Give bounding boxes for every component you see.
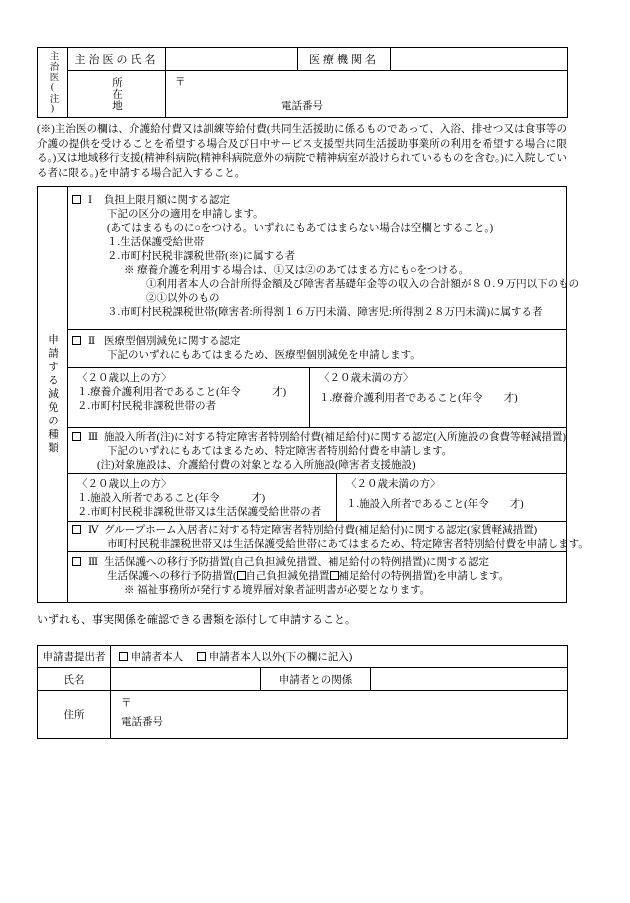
section-1-title: 負担上限月額に関する認定: [104, 195, 230, 206]
applicant-other-checkbox[interactable]: [197, 652, 206, 661]
applicant-self-label: 申請者本人: [131, 652, 184, 663]
exemption-side-label: 申請する減免の種類: [45, 334, 60, 456]
section-5-title: 生活保護への移行予防措置(自己負担減免措置、補足給付の特例措置)に関する認定: [104, 557, 489, 568]
exemption-side-label-cell: 申請する減免の種類: [38, 187, 68, 602]
section-3-title: 施設入所者(注)に対する特定障害者特別給付費(補足給付)に関する認定(入所施設の…: [104, 432, 566, 443]
section-1-numeral: Ⅰ: [88, 194, 104, 208]
self-pay-reduction-label: 自己負担減免措置: [246, 571, 330, 582]
submitter-options-cell: 申請者本人 申請者本人以外(下の欄に記入): [111, 646, 568, 668]
section-3-line: 下記のいずれにもあてはまるため、特定障害者特別給付費を申請します。: [68, 445, 566, 459]
submitter-address-label: 住所: [38, 691, 111, 739]
section-1-note: ※ 療養介護を利用する場合は、①又は②のあてはまる方にも○をつける。: [68, 264, 566, 278]
section-3-under20-cell: 〈２０歳未満の方〉 １.施設入所者であること(年令 才): [337, 474, 566, 521]
over20-item-2: ２.市町村民税非課税世帯又は生活保護受給世帯の者: [77, 506, 336, 520]
section-5-line: 生活保護への移行予防措置(自己負担減免措置補足給付の特例措置)を申請します。: [68, 570, 566, 584]
over20-item-2: ２.市町村民税非課税世帯の者: [77, 400, 309, 414]
over20-heading: 〈２０歳以上の方〉: [77, 478, 336, 492]
section-2-numeral: Ⅱ: [88, 335, 104, 349]
postal-mark: 〒: [121, 694, 567, 713]
section-1: Ⅰ負担上限月額に関する認定 下記の区分の適用を申請します。 (あてはまるものに○…: [68, 187, 566, 329]
section-2-checkbox[interactable]: [72, 336, 81, 345]
over20-item-1: １.施設入所者であること(年令 才): [77, 492, 336, 506]
section-4-line: 市町村民税非課税世帯又は生活保護受給世帯にあてはまるため、特定障害者特別給付費を…: [68, 538, 566, 552]
submitter-label: 申請書提出者: [38, 646, 111, 668]
attachment-note: いずれも、事実関係を確認できる書類を添付して申請すること。: [37, 611, 567, 627]
section-1-option-3: ３.市町村民税課税世帯(障害者:所得割１６万円未満、障害児:所得割２８万円未満)…: [68, 306, 566, 320]
section-2: Ⅱ医療型個別減免に関する認定 下記のいずれにもあてはまるため、医療型個別減免を申…: [68, 329, 566, 367]
section-3: Ⅲ施設入所者(注)に対する特定障害者特別給付費(補足給付)に関する認定(入所施設…: [68, 427, 566, 473]
section-5-numeral: Ⅲ: [88, 556, 104, 570]
under20-heading: 〈２０歳未満の方〉: [346, 478, 566, 492]
section-4-title: グループホーム入居者に対する特定障害者特別給付費(補足給付)に関する認定(家賃軽…: [104, 525, 537, 536]
under20-item-1: １.施設入所者であること(年令 才): [346, 498, 566, 512]
submitter-phone-label: 電話番号: [121, 713, 567, 732]
under20-item-1: １.療養介護利用者であること(年令 才): [319, 392, 566, 406]
section-3-numeral: Ⅲ: [88, 431, 104, 445]
doctor-phone-label: 電話番号: [281, 98, 323, 113]
section-2-title: 医療型個別減免に関する認定: [104, 336, 241, 347]
section-5-sub-pre: 生活保護への移行予防措置(: [107, 571, 237, 582]
medical-org-field[interactable]: [391, 48, 568, 71]
section-1-line: (あてはまるものに○をつける。いずれにもあてはまらない場合は空欄とすること。): [68, 222, 566, 236]
exemption-table: 申請する減免の種類 Ⅰ負担上限月額に関する認定 下記の区分の適用を申請します。 …: [37, 186, 567, 603]
section-5: Ⅲ生活保護への移行予防措置(自己負担減免措置、補足給付の特例措置)に関する認定 …: [68, 551, 566, 602]
postal-mark: 〒: [175, 74, 186, 89]
section-5-sub-post: )を申請します。: [433, 571, 509, 582]
section-1-option-1: １.生活保護受給世帯: [68, 236, 566, 250]
section-1-subitem-2: ②①以外のもの: [68, 292, 566, 306]
doctor-name-label: 主治医の氏名: [68, 48, 166, 71]
section-1-option-2: ２.市町村民税非課税世帯(※)に属する者: [68, 250, 566, 264]
section-1-subitem-1: ①利用者本人の合計所得金額及び障害者基礎年金等の収入の合計額が８０.９万円以下の…: [68, 278, 566, 292]
over20-item-1: １.療養介護利用者であること(年令 才): [77, 386, 309, 400]
section-1-line: 下記の区分の適用を申請します。: [68, 208, 566, 222]
doctor-address-field[interactable]: 〒 電話番号: [166, 71, 568, 118]
relation-label: 申請者との関係: [261, 668, 371, 691]
section-2-under20-cell: 〈２０歳未満の方〉 １.療養介護利用者であること(年令 才): [310, 368, 566, 427]
doctor-side-label-cell: 主治医(注): [38, 48, 68, 118]
applicant-self-checkbox[interactable]: [119, 652, 128, 661]
submitter-name-field[interactable]: [111, 668, 261, 691]
over20-heading: 〈２０歳以上の方〉: [77, 372, 309, 386]
section-3-note: (注)対象施設は、介護給付費の対象となる入所施設(障害者支援施設): [68, 459, 566, 473]
self-pay-reduction-checkbox[interactable]: [237, 571, 246, 580]
section-4-checkbox[interactable]: [72, 525, 81, 534]
submitter-table: 申請書提出者 申請者本人 申請者本人以外(下の欄に記入) 氏名 申請者との関係 …: [37, 645, 568, 739]
section-2-over20-cell: 〈２０歳以上の方〉 １.療養介護利用者であること(年令 才) ２.市町村民税非課…: [68, 368, 310, 427]
doctor-note: (※)主治医の欄は、介護給付費又は訓練等給付費(共同生活援助に係るものであって、…: [37, 123, 567, 181]
section-2-columns: 〈２０歳以上の方〉 １.療養介護利用者であること(年令 才) ２.市町村民税非課…: [68, 367, 566, 427]
section-2-line: 下記のいずれにもあてはまるため、医療型個別減免を申請します。: [68, 349, 566, 363]
section-3-checkbox[interactable]: [72, 432, 81, 441]
doctor-side-label: 主治医(注): [46, 51, 60, 115]
section-4-numeral: Ⅳ: [88, 524, 104, 538]
supplemental-benefit-checkbox[interactable]: [330, 571, 339, 580]
section-1-checkbox[interactable]: [72, 195, 81, 204]
section-3-columns: 〈２０歳以上の方〉 １.施設入所者であること(年令 才) ２.市町村民税非課税世…: [68, 473, 566, 521]
submitter-name-label: 氏名: [38, 668, 111, 691]
relation-field[interactable]: [371, 668, 568, 691]
supplemental-benefit-label: 補足給付の特例措置: [339, 571, 434, 582]
doctor-name-field[interactable]: [166, 48, 298, 71]
form-page: 主治医(注) 主治医の氏名 医療機関名 所在地 〒 電話番号 (※)主治医の欄は…: [0, 0, 567, 739]
section-3-over20-cell: 〈２０歳以上の方〉 １.施設入所者であること(年令 才) ２.市町村民税非課税世…: [68, 474, 337, 521]
doctor-address-label: 所在地: [109, 77, 124, 112]
section-4: Ⅳグループホーム入居者に対する特定障害者特別給付費(補足給付)に関する認定(家賃…: [68, 521, 566, 551]
doctor-address-label-cell: 所在地: [68, 71, 166, 118]
doctor-table: 主治医(注) 主治医の氏名 医療機関名 所在地 〒 電話番号: [37, 47, 568, 118]
section-5-note: ※ 福祉事務所が発行する境界層対象者証明書が必要となります。: [68, 584, 566, 598]
submitter-address-field[interactable]: 〒 電話番号: [111, 691, 568, 739]
medical-org-label: 医療機関名: [298, 48, 391, 71]
under20-heading: 〈２０歳未満の方〉: [319, 372, 566, 386]
applicant-other-label: 申請者本人以外(下の欄に記入): [209, 652, 353, 663]
section-5-checkbox[interactable]: [72, 557, 81, 566]
